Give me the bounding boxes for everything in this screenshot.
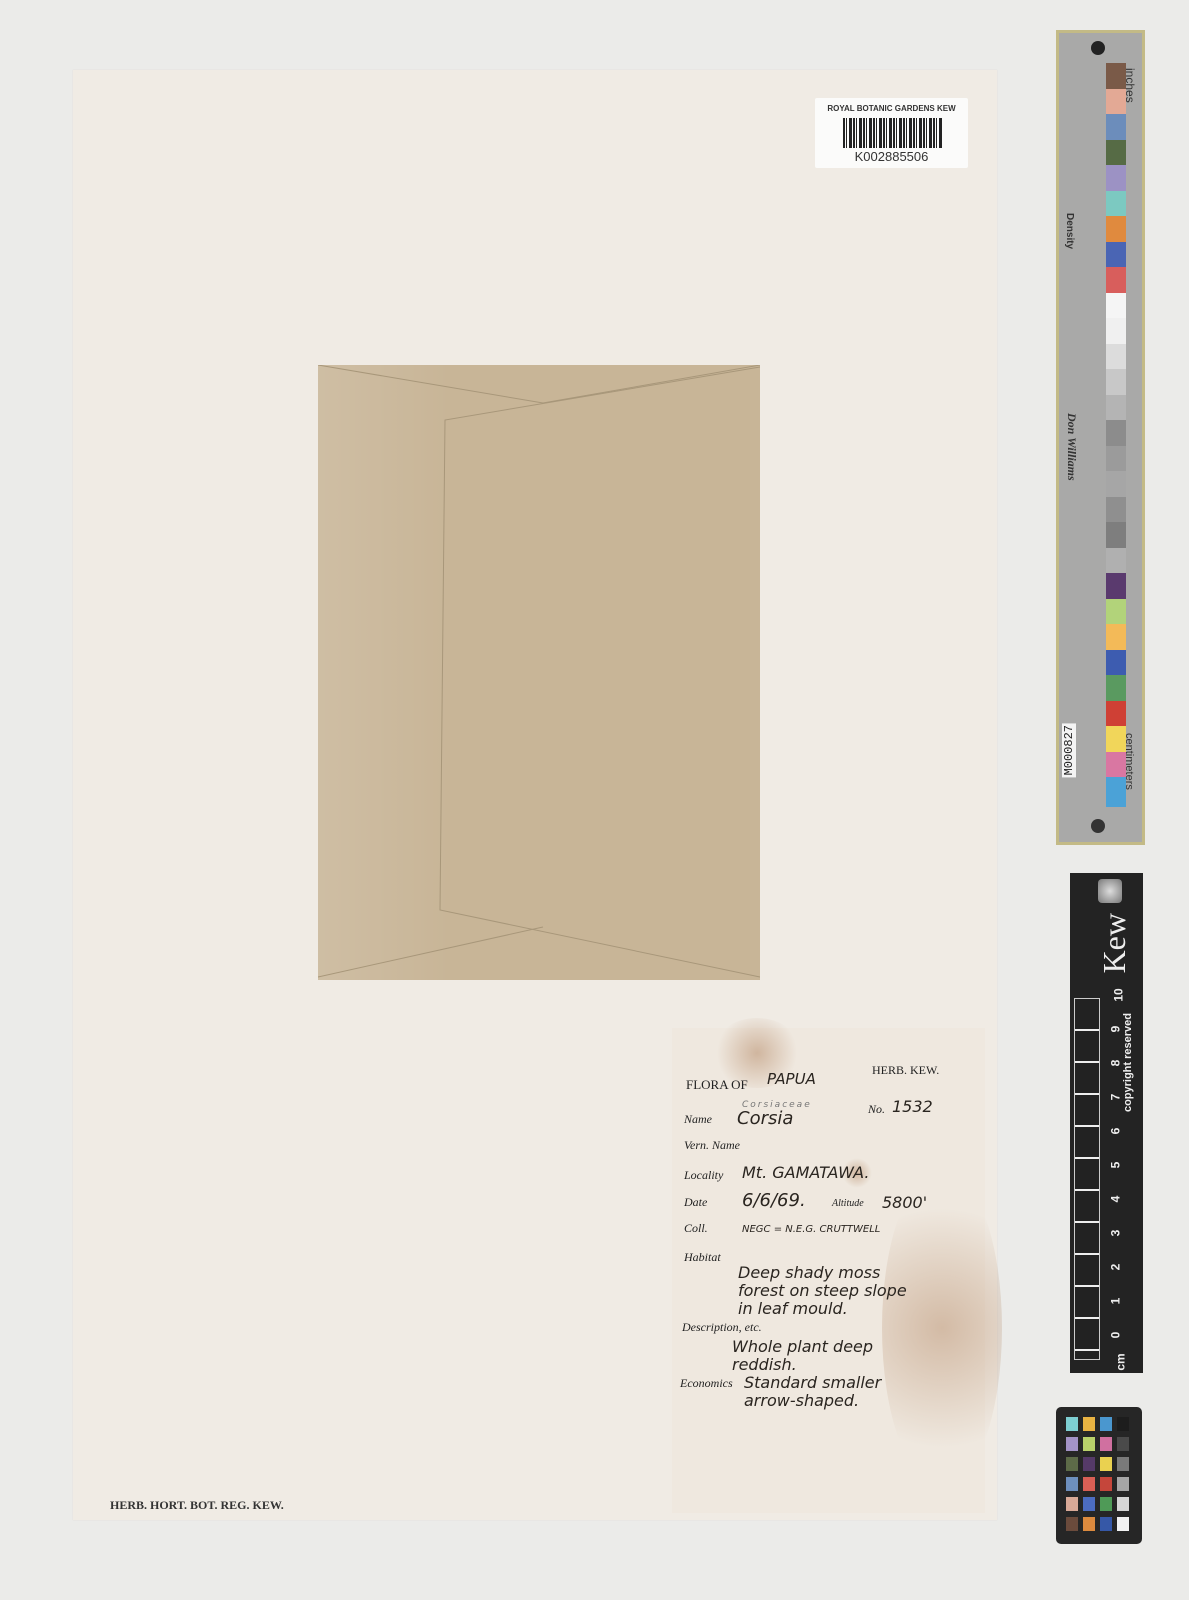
cm-tick-label: 8 <box>1108 1060 1122 1067</box>
color-chip <box>1117 1497 1129 1511</box>
cm-tick-label: 5 <box>1108 1162 1122 1169</box>
envelope-fold-lines-icon <box>318 365 760 980</box>
royal-crest-icon <box>1098 879 1122 903</box>
density-label: Density <box>1064 213 1075 249</box>
color-chip <box>1083 1437 1095 1451</box>
color-chip <box>1100 1477 1112 1491</box>
cm-unit-label: cm <box>1114 1353 1128 1370</box>
habitat-label: Habitat <box>684 1250 721 1265</box>
cm-tick-label: 0 <box>1108 1332 1122 1339</box>
color-chip <box>1100 1497 1112 1511</box>
coll-value: NEGC = N.E.G. CRUTTWELL <box>742 1221 880 1239</box>
copyright-text: copyright reserved <box>1122 1013 1134 1112</box>
ruler-id: M000827 <box>1062 723 1076 777</box>
color-swatch <box>1106 777 1126 807</box>
color-chip <box>1066 1437 1078 1451</box>
color-chip <box>1066 1497 1078 1511</box>
economics-label: Economics <box>680 1376 733 1391</box>
color-checker-card <box>1056 1407 1142 1544</box>
vern-name-label: Vern. Name <box>684 1138 740 1153</box>
description-label: Description, etc. <box>682 1320 762 1335</box>
date-label: Date <box>684 1195 707 1210</box>
cm-tick-label: 3 <box>1108 1230 1122 1237</box>
ruler-hole-icon <box>1091 819 1105 833</box>
flora-value: PAPUA <box>767 1070 816 1088</box>
color-chip <box>1117 1517 1129 1531</box>
barcode-label: ROYAL BOTANIC GARDENS KEW K002885506 <box>815 98 968 168</box>
locality-value: Mt. GAMATAWA. <box>742 1164 870 1182</box>
habitat-value: Deep shady moss forest on steep slope in… <box>738 1264 923 1318</box>
color-chip <box>1083 1457 1095 1471</box>
color-chip <box>1100 1437 1112 1451</box>
specimen-envelope <box>318 365 760 980</box>
color-chip <box>1066 1457 1078 1471</box>
gray-color-ruler: inches Don Williams Density M000827 cent… <box>1056 30 1145 845</box>
color-chip <box>1083 1477 1095 1491</box>
cm-tick-label: 1 <box>1108 1298 1122 1305</box>
color-chip <box>1100 1457 1112 1471</box>
herb-kew-heading: HERB. KEW. <box>872 1063 939 1078</box>
cm-tick-label: 6 <box>1108 1128 1122 1135</box>
name-label: Name <box>684 1112 712 1127</box>
date-value: 6/6/69. <box>742 1192 806 1210</box>
altitude-label: Altitude <box>832 1198 864 1209</box>
flora-of-heading: FLORA OF <box>686 1077 748 1093</box>
color-chip <box>1117 1477 1129 1491</box>
ruler-hole-icon <box>1091 41 1105 55</box>
name-value: Corsia <box>737 1110 793 1128</box>
cm-tick-label: 10 <box>1112 988 1126 1001</box>
barcode-icon <box>843 118 943 148</box>
cm-tick-label: 7 <box>1108 1094 1122 1101</box>
kew-scale-ruler: Kew copyright reserved 012345678910cm <box>1070 873 1143 1373</box>
locality-label: Locality <box>684 1168 723 1183</box>
color-chip <box>1066 1477 1078 1491</box>
cm-tick-label: 9 <box>1108 1026 1122 1033</box>
color-chip <box>1083 1417 1095 1431</box>
color-chip <box>1117 1457 1129 1471</box>
economics-value: Standard smaller arrow-shaped. <box>744 1374 904 1410</box>
number-value: 1532 <box>892 1098 933 1116</box>
cm-tick-label: 2 <box>1108 1264 1122 1271</box>
barcode-title: ROYAL BOTANIC GARDENS KEW <box>815 104 968 113</box>
color-chip <box>1100 1517 1112 1531</box>
color-chip <box>1117 1417 1129 1431</box>
number-label: No. <box>868 1102 885 1117</box>
cm-tick-label: 4 <box>1108 1196 1122 1203</box>
color-chip <box>1100 1417 1112 1431</box>
altitude-value: 5800' <box>882 1194 927 1212</box>
barcode-number: K002885506 <box>815 149 968 164</box>
color-chip <box>1083 1497 1095 1511</box>
color-chip <box>1066 1417 1078 1431</box>
color-chip <box>1117 1437 1129 1451</box>
coll-label: Coll. <box>684 1221 708 1236</box>
description-value: Whole plant deep reddish. <box>732 1338 902 1374</box>
sheet-footer: HERB. HORT. BOT. REG. KEW. <box>110 1498 284 1513</box>
color-chip <box>1083 1517 1095 1531</box>
scale-bar <box>1074 998 1100 1360</box>
specimen-label: FLORA OF PAPUA HERB. KEW. Corsiaceae Nam… <box>672 1028 985 1513</box>
kew-logo: Kew <box>1096 913 1133 973</box>
ruler-brand: Don Williams <box>1064 413 1079 481</box>
color-chip <box>1066 1517 1078 1531</box>
